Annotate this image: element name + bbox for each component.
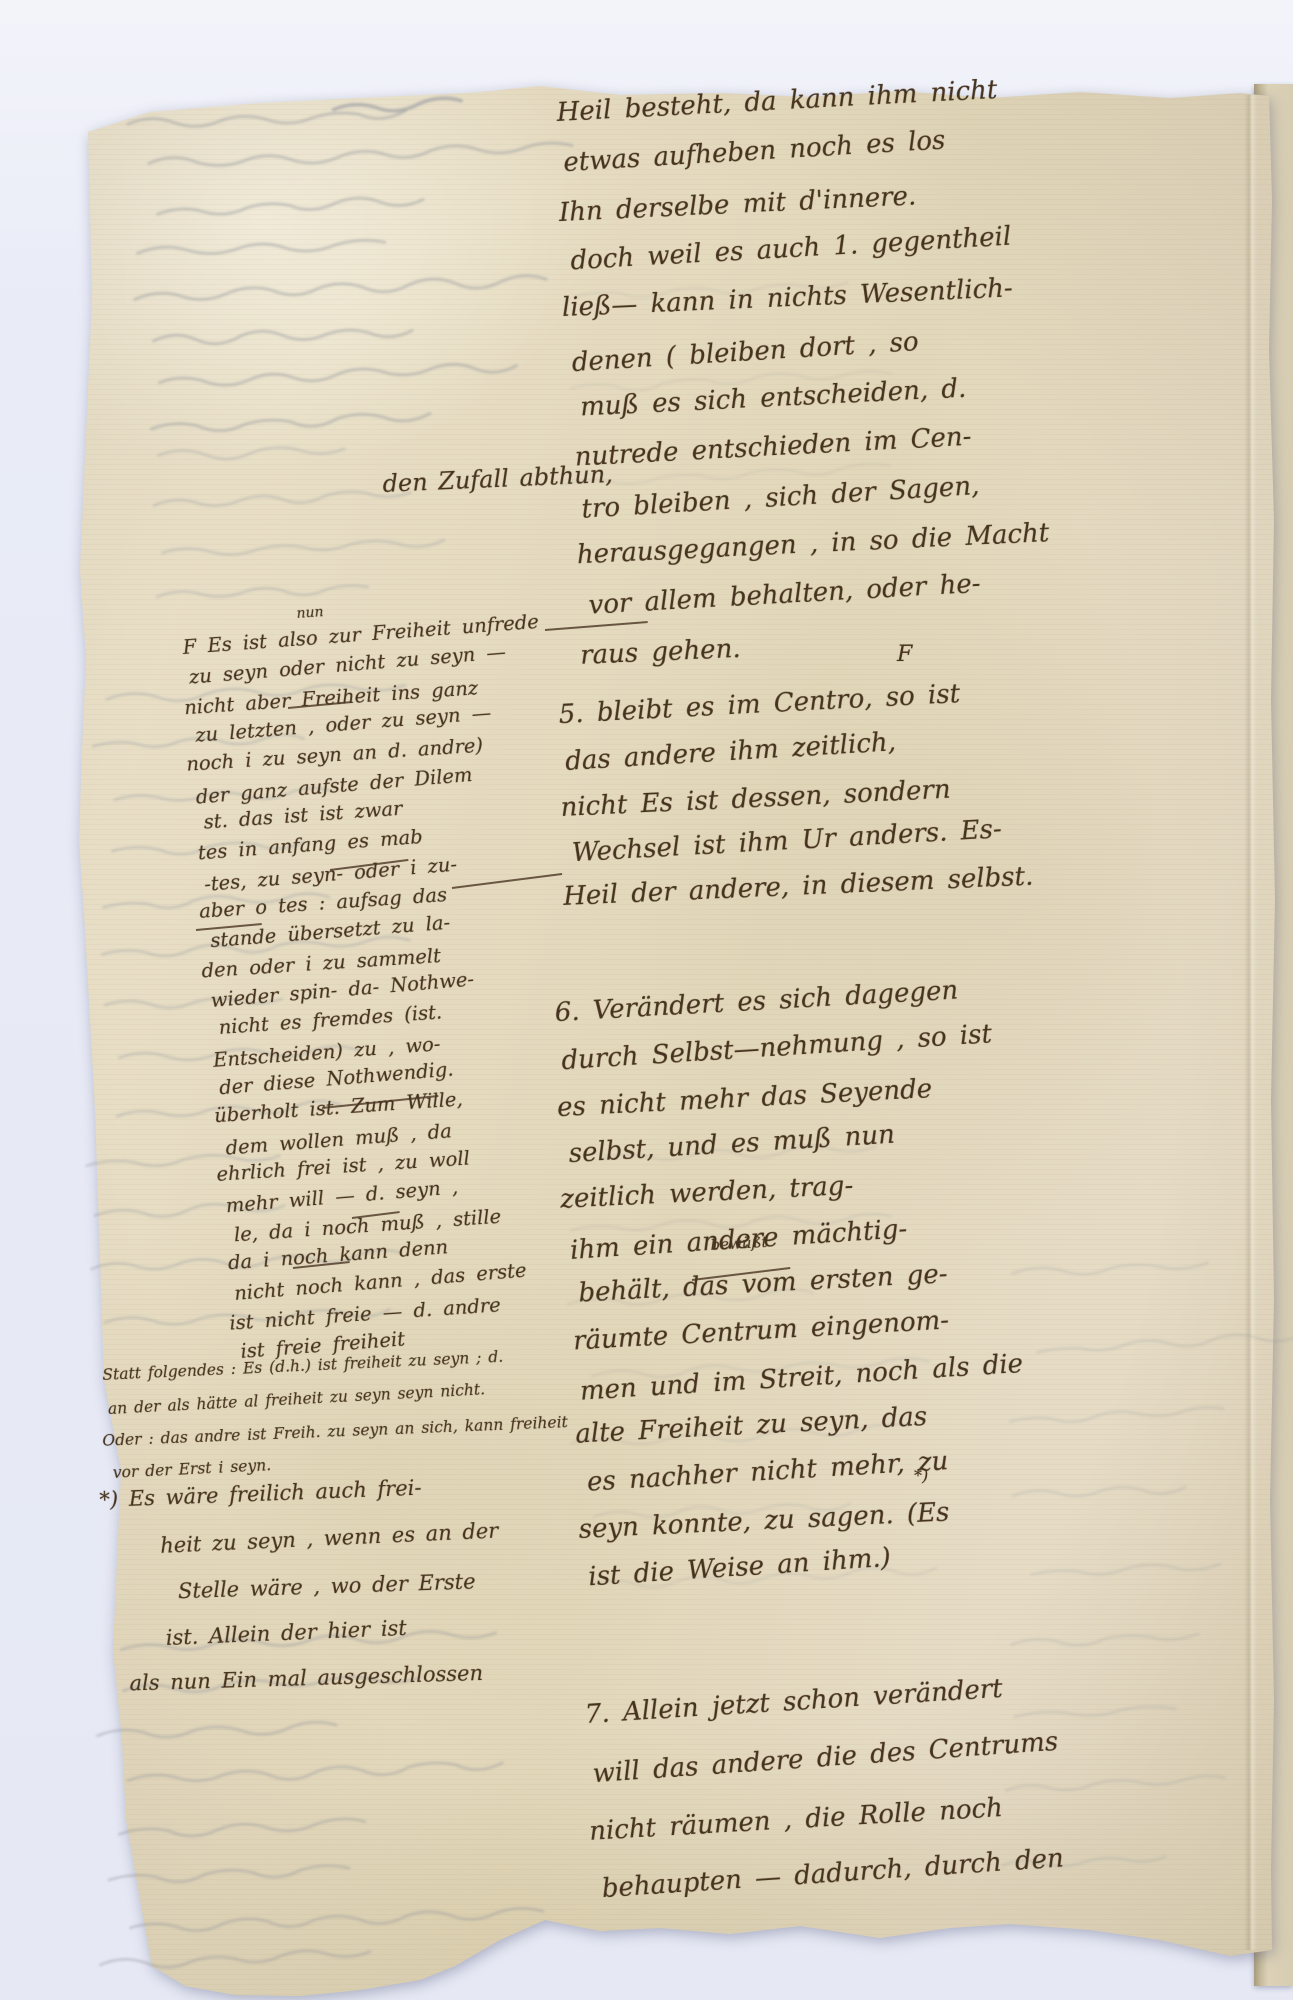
right_top-line-4: doch weil es auch 1. gegentheil [570,222,1012,277]
right_top-line-2: etwas aufheben noch es los [563,126,947,179]
para7-line-4: behaupten — dadurch, durch den [601,1843,1065,1904]
margin_note-line-1: den Zufall abthun, [382,460,613,498]
handwriting-layer: Heil besteht, da kann ihm nichtetwas auf… [0,0,1293,2000]
para6-line-9: men und im Streit, noch als die [579,1349,1024,1407]
footnote_star-line-3: Stelle wäre , wo der Erste [178,1569,476,1603]
para6-line-7: behält, das vom ersten ge- [578,1259,948,1308]
para7-line-2: will das andere die des Centrums [592,1727,1059,1789]
para6-line-11: es nachher nicht mehr, zu [586,1446,949,1497]
para5-line-1: 5. bleibt es im Centro, so ist [558,679,961,730]
para5-line-4: Wechsel ist ihm Ur anders. Es- [571,814,1002,868]
right_top-line-11: vor allem behalten, oder he- [588,569,982,621]
para5-line-3: nicht Es ist dessen, sondern [560,775,951,823]
right_top-line-1: Heil besteht, da kann ihm nicht [556,75,998,128]
para6-line-5: zeitlich werden, trag- [560,1171,854,1215]
right_top-line-8: nutrede entschieden im Cen- [574,422,972,473]
right_top-line-3: Ihn derselbe mit d'innere. [558,181,917,228]
footnote_star-line-1: *) Es wäre freilich auch frei- [99,1476,422,1512]
para6-line-12: seyn konnte, zu sagen. (Es [578,1497,950,1544]
right_top-line-6: denen ( bleiben dort , so [571,326,919,377]
footnote_small-line-3: Oder : das andre ist Freih. zu seyn an s… [102,1413,568,1450]
super_nun-line-1: nun [296,604,324,622]
footnote_ref-line-1: *) [914,1466,928,1485]
footnote_star-line-5: als nun Ein mal ausgeschlossen [129,1661,483,1695]
footnote_star-line-2: heit zu seyn , wenn es an der [160,1518,499,1557]
para7-line-1: 7. Allein jetzt schon verändert [584,1674,1004,1730]
strikethrough-mark [452,873,562,889]
right_top-line-10: herausgegangen , in so die Macht [576,518,1050,570]
insertion_mark-line-1: F [897,642,912,667]
para5-line-2: das andere ihm zeitlich, [564,727,896,777]
super_bewusst-line-1: bewüßt [710,1233,768,1254]
para6-line-8: räumte Centrum eingenom- [572,1305,949,1356]
para6-line-10: alte Freiheit zu seyn, das [575,1402,928,1450]
para6-line-4: selbst, und es muß nun [568,1120,896,1169]
right_top-line-12: raus gehen. [580,634,742,671]
para6-line-3: es nicht mehr das Seyende [556,1074,932,1123]
para6-line-1: 6. Verändert es sich dagegen [554,975,959,1027]
underline-mark [545,621,648,631]
para6-line-2: durch Selbst—nehmung , so ist [561,1019,993,1076]
para7-line-3: nicht räumen , die Rolle noch [588,1793,1003,1847]
footnote_star-line-4: ist. Allein der hier ist [165,1615,407,1649]
right_top-line-9: tro bleiben , sich der Sagen, [581,471,980,525]
footnote_small-line-4: vor der Erst i seyn. [112,1456,271,1482]
scanned-manuscript: Heil besteht, da kann ihm nichtetwas auf… [0,0,1293,2000]
footnote_small-line-2: an der als hätte al freiheit zu seyn sey… [107,1380,485,1418]
right_top-line-7: muß es sich entscheiden, d. [579,373,966,422]
para6-line-13: ist die Weise an ihm.) [587,1543,891,1592]
right_top-line-5: ließ— kann in nichts Wesentlich- [561,274,1013,324]
para5-line-5: Heil der andere, in diesem selbst. [563,861,1034,911]
